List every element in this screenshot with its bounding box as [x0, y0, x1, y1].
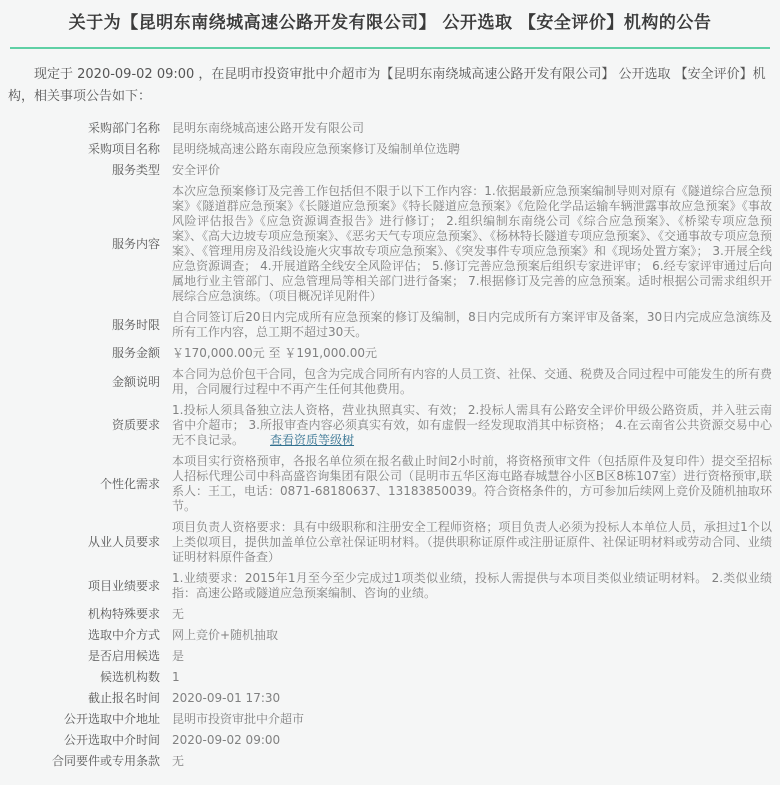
row-label: 选取中介方式	[8, 628, 160, 643]
info-row: 个性化需求本项目实行资格预审，各报名单位须在报名截止时间2小时前，将资格预审文件…	[8, 454, 772, 514]
row-value: ￥170,000.00元 至 ￥191,000.00元	[160, 346, 772, 361]
page-title: 关于为【昆明东南绕城高速公路开发有限公司】 公开选取 【安全评价】机构的公告	[8, 0, 772, 34]
info-row: 服务内容本次应急预案修订及完善工作包括但不限于以下工作内容：1.依据最新应急预案…	[8, 184, 772, 304]
info-row: 从业人员要求项目负责人资格要求：具有中级职称和注册安全工程师资格；项目负责人必须…	[8, 520, 772, 565]
row-value: 2020-09-02 09:00	[160, 733, 772, 748]
info-row: 采购项目名称昆明绕城高速公路东南段应急预案修订及编制单位选聘	[8, 142, 772, 157]
intro-paragraph: 现定于 2020-09-02 09:00 ，在昆明市投资审批中介超市为【昆明东南…	[8, 64, 772, 108]
row-value: 无	[160, 607, 772, 622]
row-value-text: 1.业绩要求：2015年1月至今至少完成过1项类似业绩，投标人需提供与本项目类似…	[172, 571, 772, 600]
row-label: 服务时限	[8, 318, 160, 333]
info-row: 金额说明本合同为总价包干合同，包含为完成合同所有内容的人员工资、社保、交通、税费…	[8, 367, 772, 397]
row-value: 1.投标人须具备独立法人资格，营业执照真实、有效； 2.投标人需具有公路安全评价…	[160, 403, 772, 448]
info-row: 服务时限自合同签订后20日内完成所有应急预案的修订及编制，8日内完成所有方案评审…	[8, 310, 772, 340]
row-value: 无	[160, 754, 772, 769]
info-row: 合同要件或专用条款无	[8, 754, 772, 769]
row-label: 金额说明	[8, 375, 160, 390]
row-label: 从业人员要求	[8, 535, 160, 550]
info-row: 公开选取中介时间2020-09-02 09:00	[8, 733, 772, 748]
info-row: 采购部门名称昆明东南绕城高速公路开发有限公司	[8, 121, 772, 136]
info-row: 机构特殊要求无	[8, 607, 772, 622]
row-label: 机构特殊要求	[8, 607, 160, 622]
row-label: 个性化需求	[8, 477, 160, 492]
row-value-text: 本次应急预案修订及完善工作包括但不限于以下工作内容：1.依据最新应急预案编制导则…	[172, 184, 772, 303]
info-row: 公开选取中介地址昆明市投资审批中介超市	[8, 712, 772, 727]
info-row: 服务金额￥170,000.00元 至 ￥191,000.00元	[8, 346, 772, 361]
row-value: 1	[160, 670, 772, 685]
row-value-text: 自合同签订后20日内完成所有应急预案的修订及编制，8日内完成所有方案评审及备案，…	[172, 310, 772, 339]
row-value: 网上竞价+随机抽取	[160, 628, 772, 643]
row-value-text: 无	[172, 607, 184, 621]
info-row: 资质要求1.投标人须具备独立法人资格，营业执照真实、有效； 2.投标人需具有公路…	[8, 403, 772, 448]
info-row: 服务类型安全评价	[8, 163, 772, 178]
row-value-text: 项目负责人资格要求：具有中级职称和注册安全工程师资格；项目负责人必须为投标人本单…	[172, 520, 772, 564]
row-value-text: 无	[172, 754, 184, 768]
row-label: 资质要求	[8, 418, 160, 433]
row-label: 合同要件或专用条款	[8, 754, 160, 769]
row-value: 1.业绩要求：2015年1月至今至少完成过1项类似业绩，投标人需提供与本项目类似…	[160, 571, 772, 601]
row-label: 服务类型	[8, 163, 160, 178]
info-table: 采购部门名称昆明东南绕城高速公路开发有限公司采购项目名称昆明绕城高速公路东南段应…	[8, 121, 772, 769]
info-row: 选取中介方式网上竞价+随机抽取	[8, 628, 772, 643]
row-value: 昆明绕城高速公路东南段应急预案修订及编制单位选聘	[160, 142, 772, 157]
row-value-text: 网上竞价+随机抽取	[172, 628, 278, 642]
row-value-text: 1.投标人须具备独立法人资格，营业执照真实、有效； 2.投标人需具有公路安全评价…	[172, 403, 772, 447]
row-value-text: 昆明市投资审批中介超市	[172, 712, 304, 726]
row-value-text: 安全评价	[172, 163, 220, 177]
info-row: 候选机构数1	[8, 670, 772, 685]
row-value: 是	[160, 649, 772, 664]
row-value-text: 2020-09-01 17:30	[172, 691, 280, 705]
row-value: 2020-09-01 17:30	[160, 691, 772, 706]
row-label: 服务金额	[8, 346, 160, 361]
row-value: 安全评价	[160, 163, 772, 178]
row-value-text: 1	[172, 670, 180, 684]
row-value: 本项目实行资格预审，各报名单位须在报名截止时间2小时前，将资格预审文件（包括原件…	[160, 454, 772, 514]
row-value: 昆明东南绕城高速公路开发有限公司	[160, 121, 772, 136]
row-value-text: 昆明东南绕城高速公路开发有限公司	[172, 121, 364, 135]
row-label: 是否启用候选	[8, 649, 160, 664]
row-value: 昆明市投资审批中介超市	[160, 712, 772, 727]
row-label: 候选机构数	[8, 670, 160, 685]
row-label: 项目业绩要求	[8, 579, 160, 594]
row-value: 本次应急预案修订及完善工作包括但不限于以下工作内容：1.依据最新应急预案编制导则…	[160, 184, 772, 304]
row-label: 采购项目名称	[8, 142, 160, 157]
row-label: 公开选取中介地址	[8, 712, 160, 727]
row-value-text: 本合同为总价包干合同，包含为完成合同所有内容的人员工资、社保、交通、税费及合同过…	[172, 367, 772, 396]
row-label: 公开选取中介时间	[8, 733, 160, 748]
row-label: 服务内容	[8, 237, 160, 252]
row-value: 自合同签订后20日内完成所有应急预案的修订及编制，8日内完成所有方案评审及备案，…	[160, 310, 772, 340]
info-row: 截止报名时间2020-09-01 17:30	[8, 691, 772, 706]
row-value-text: 本项目实行资格预审，各报名单位须在报名截止时间2小时前，将资格预审文件（包括原件…	[172, 454, 772, 513]
info-row: 项目业绩要求1.业绩要求：2015年1月至今至少完成过1项类似业绩，投标人需提供…	[8, 571, 772, 601]
row-label: 截止报名时间	[8, 691, 160, 706]
row-value-text: 是	[172, 649, 184, 663]
row-value-text: 昆明绕城高速公路东南段应急预案修订及编制单位选聘	[172, 142, 460, 156]
info-row: 是否启用候选是	[8, 649, 772, 664]
row-label: 采购部门名称	[8, 121, 160, 136]
row-value-text: ￥170,000.00元 至 ￥191,000.00元	[172, 346, 377, 360]
row-value-text: 2020-09-02 09:00	[172, 733, 280, 747]
row-value: 项目负责人资格要求：具有中级职称和注册安全工程师资格；项目负责人必须为投标人本单…	[160, 520, 772, 565]
row-value: 本合同为总价包干合同，包含为完成合同所有内容的人员工资、社保、交通、税费及合同过…	[160, 367, 772, 397]
title-divider	[10, 47, 770, 49]
announcement-page: 关于为【昆明东南绕城高速公路开发有限公司】 公开选取 【安全评价】机构的公告 现…	[0, 0, 780, 785]
qualification-tree-link[interactable]: 查看资质等级树	[270, 433, 354, 447]
